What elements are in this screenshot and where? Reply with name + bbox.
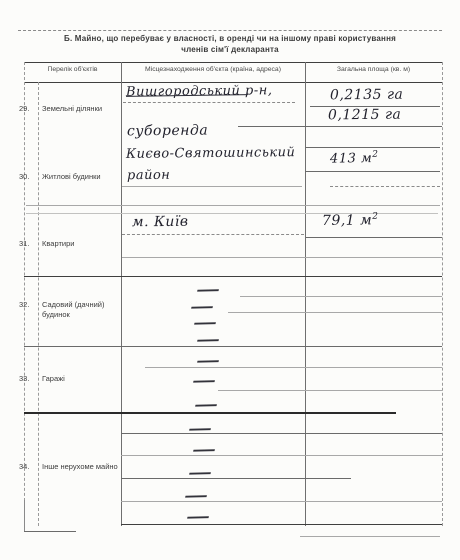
row-number-30: 30. xyxy=(19,172,36,181)
row-label-garages: Гаражі xyxy=(42,374,118,384)
hw-row29-area1: 0,2135 га xyxy=(330,87,404,104)
hw-empty-dash: — xyxy=(188,462,214,482)
scan-corner-horizontal xyxy=(24,531,76,532)
header-location: Місцезнаходження об'єкта (країна, адреса… xyxy=(121,66,305,74)
section-title-line1: Б. Майно, що перебуває у власності, в ор… xyxy=(30,34,430,45)
hw-row31-location: м. Київ xyxy=(132,214,189,231)
hw-row30-location-line2: район xyxy=(127,168,170,183)
row-divider xyxy=(24,276,442,277)
hw-row30-location-line1: Києво-Святошинський xyxy=(126,145,296,162)
write-line xyxy=(122,234,304,235)
write-line xyxy=(218,390,442,391)
hw-row29-location1: Вишгородський р-н, xyxy=(126,83,273,100)
stray-scan-line xyxy=(300,536,440,537)
write-line xyxy=(122,257,442,258)
area-box-bottom xyxy=(305,171,440,172)
write-line xyxy=(306,237,442,238)
hw-empty-dash: — xyxy=(192,370,218,390)
section-title-line2: членів сім'ї декларанта xyxy=(30,45,430,56)
hw-empty-dash: — xyxy=(192,439,218,459)
heavy-scan-line xyxy=(24,412,396,414)
row-label-garden-house: Садовий (дачний) будинок xyxy=(42,300,118,320)
table-left-border xyxy=(24,62,25,526)
table-right-border xyxy=(442,62,443,526)
hw-row31-area: 79,1 м2 xyxy=(322,212,379,229)
table-bottom-border xyxy=(121,524,442,525)
area-box-top xyxy=(305,147,440,148)
hw-empty-dash: — xyxy=(188,418,214,438)
write-line xyxy=(121,478,351,479)
row-label-land-plots: Земельні ділянки xyxy=(42,104,118,114)
scanned-declaration-page: Б. Майно, що перебуває у власності, в ор… xyxy=(0,0,460,560)
top-rule xyxy=(18,30,442,31)
write-line xyxy=(121,455,442,456)
label-column-divider xyxy=(121,62,122,526)
header-objects: Перелік об'єктів xyxy=(24,66,121,74)
header-area: Загальна площа (кв. м) xyxy=(305,66,442,74)
row-label-residential-houses: Житлові будинки xyxy=(42,172,118,182)
row-label-other-property: Інше нерухоме майно xyxy=(42,462,118,472)
row-divider xyxy=(26,205,440,206)
hw-row31-area-sup: 2 xyxy=(372,212,378,222)
row-divider xyxy=(121,433,442,434)
write-line xyxy=(122,186,302,187)
scan-corner-vertical xyxy=(24,500,25,531)
hw-row29-area2: 0,1215 га xyxy=(328,107,402,124)
write-line xyxy=(121,501,442,502)
row-label-apartments: Квартири xyxy=(42,239,118,249)
row-number-34: 34. xyxy=(19,462,36,471)
hw-row30-area: 413 м2 xyxy=(330,150,379,167)
write-line xyxy=(228,312,442,313)
table-header-top-border xyxy=(24,62,442,63)
write-line xyxy=(238,126,442,127)
row-number-31: 31. xyxy=(19,239,36,248)
row-divider xyxy=(24,346,442,347)
hw-row29-location2: суборенда xyxy=(127,123,208,140)
hw-row30-area-sup: 2 xyxy=(372,150,378,160)
section-title: Б. Майно, що перебуває у власності, в ор… xyxy=(30,34,430,56)
hw-empty-dash: — xyxy=(184,485,210,505)
number-column-divider xyxy=(38,82,39,526)
write-line xyxy=(123,102,295,103)
location-column-divider xyxy=(305,62,306,526)
row-number-33: 33. xyxy=(19,374,36,383)
write-line xyxy=(330,186,440,187)
hw-row31-area-value: 79,1 м xyxy=(322,212,372,229)
hw-row30-area-value: 413 м xyxy=(330,151,372,166)
write-line xyxy=(240,296,442,297)
row-number-29: 29. xyxy=(19,104,36,113)
write-line xyxy=(145,367,442,368)
row-number-32: 32. xyxy=(19,300,36,309)
